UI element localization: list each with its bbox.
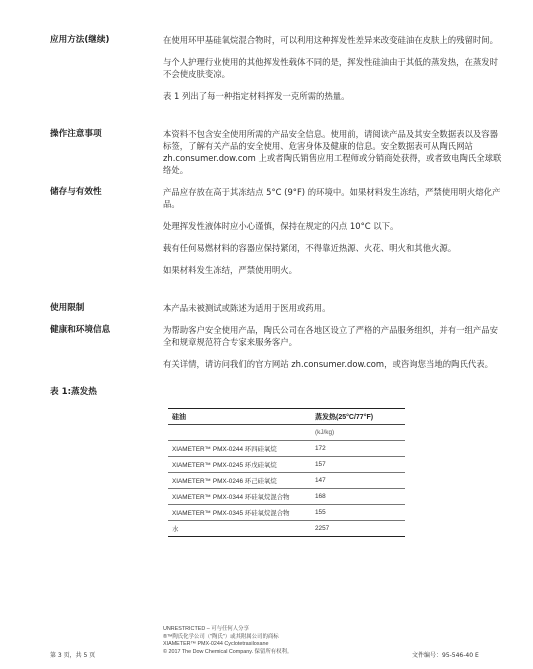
table-row: XIAMETER™ PMX-0344 环硅氧烷混合物 168: [168, 489, 405, 505]
paragraph: 为帮助客户安全使用产品，陶氏公司在各地区设立了严格的产品服务组织，并有一组产品安…: [163, 324, 503, 348]
table-header-row: 硅油 蒸发热(25°C/77°F): [168, 409, 405, 425]
paragraph: 表 1 列出了每一种指定材料挥发一克所需的热量。: [163, 90, 503, 102]
heat-of-vaporization-table: 硅油 蒸发热(25°C/77°F) (kJ/kg) XIAMETER™ PMX-…: [168, 408, 405, 537]
value-cell: 2257: [311, 521, 405, 537]
value-cell: 147: [311, 473, 405, 489]
table-row: XIAMETER™ PMX-0345 环硅氧烷混合物 155: [168, 505, 405, 521]
section-body: 为帮助客户安全使用产品，陶氏公司在各地区设立了严格的产品服务组织，并有一组产品安…: [163, 324, 503, 370]
section-label: 应用方法(继续): [50, 34, 160, 46]
paragraph: 有关详情，请访问我们的官方网站 zh.consumer.dow.com，或咨询您…: [163, 358, 503, 370]
material-cell: XIAMETER™ PMX-0344 环硅氧烷混合物: [168, 489, 311, 505]
table-units-row: (kJ/kg): [168, 425, 405, 441]
section-label: 健康和环境信息: [50, 324, 160, 336]
units-cell: [168, 425, 311, 441]
material-cell: XIAMETER™ PMX-0245 环戊硅氧烷: [168, 457, 311, 473]
paragraph: 处理挥发性液体时应小心谨慎，保持在规定的闪点 10°C 以下。: [163, 220, 503, 232]
value-cell: 168: [311, 489, 405, 505]
table-row: 水 2257: [168, 521, 405, 537]
value-cell: 172: [311, 441, 405, 457]
document-number: 文件编号：95-546-40 E: [412, 650, 479, 659]
paragraph: 在使用环甲基硅氧烷混合物时，可以利用这种挥发性差异来改变硅油在皮肤上的残留时间。: [163, 34, 503, 46]
material-cell: XIAMETER™ PMX-0345 环硅氧烷混合物: [168, 505, 311, 521]
paragraph: 如果材料发生冻结，严禁使用明火。: [163, 264, 503, 276]
section-body: 产品应存放在高于其冻结点 5°C (9°F) 的环境中。如果材料发生冻结，严禁使…: [163, 186, 503, 276]
paragraph: 载有任何易燃材料的容器应保持紧闭，不得靠近热源、火花、明火和其他火源。: [163, 242, 503, 254]
column-header-silicone: 硅油: [168, 409, 311, 425]
section-label: 使用限制: [50, 302, 160, 314]
footer-line: XIAMETER™ PMX-0244 Cyclotetrasiloxane: [163, 641, 292, 649]
value-cell: 155: [311, 505, 405, 521]
footer-line: © 2017 The Dow Chemical Company. 保留所有权利。: [163, 649, 292, 657]
section-body: 在使用环甲基硅氧烷混合物时，可以利用这种挥发性差异来改变硅油在皮肤上的残留时间。…: [163, 34, 503, 102]
table-caption: 表 1:蒸发热: [50, 386, 160, 398]
paragraph: 产品应存放在高于其冻结点 5°C (9°F) 的环境中。如果材料发生冻结，严禁使…: [163, 186, 503, 210]
footer-line: ®™陶氏化学公司（"陶氏"）或其附属公司的商标: [163, 634, 292, 642]
value-cell: 157: [311, 457, 405, 473]
section-label: 操作注意事项: [50, 128, 160, 140]
units-cell: (kJ/kg): [311, 425, 405, 441]
paragraph: 本资料不包含安全使用所需的产品安全信息。使用前，请阅读产品及其安全数据表以及容器…: [163, 128, 503, 176]
paragraph: 本产品未被测试或陈述为适用于医用或药用。: [163, 302, 503, 314]
section-body: 本产品未被测试或陈述为适用于医用或药用。: [163, 302, 503, 314]
footer-notice: UNRESTRICTED – 可与任何人分享 ®™陶氏化学公司（"陶氏"）或其附…: [163, 626, 292, 656]
section-label: 储存与有效性: [50, 186, 160, 198]
section-body: 本资料不包含安全使用所需的产品安全信息。使用前，请阅读产品及其安全数据表以及容器…: [163, 128, 503, 176]
material-cell: XIAMETER™ PMX-0246 环己硅氧烷: [168, 473, 311, 489]
table-row: XIAMETER™ PMX-0246 环己硅氧烷 147: [168, 473, 405, 489]
table-row: XIAMETER™ PMX-0244 环四硅氧烷 172: [168, 441, 405, 457]
table-row: XIAMETER™ PMX-0245 环戊硅氧烷 157: [168, 457, 405, 473]
page-number: 第 3 页，共 5 页: [50, 650, 95, 659]
column-header-heat: 蒸发热(25°C/77°F): [311, 409, 405, 425]
material-cell: XIAMETER™ PMX-0244 环四硅氧烷: [168, 441, 311, 457]
material-cell: 水: [168, 521, 311, 537]
footer-line: UNRESTRICTED – 可与任何人分享: [163, 626, 292, 634]
paragraph: 与个人护理行业使用的其他挥发性载体不同的是，挥发性硅油由于其低的蒸发热，在蒸发时…: [163, 56, 503, 80]
